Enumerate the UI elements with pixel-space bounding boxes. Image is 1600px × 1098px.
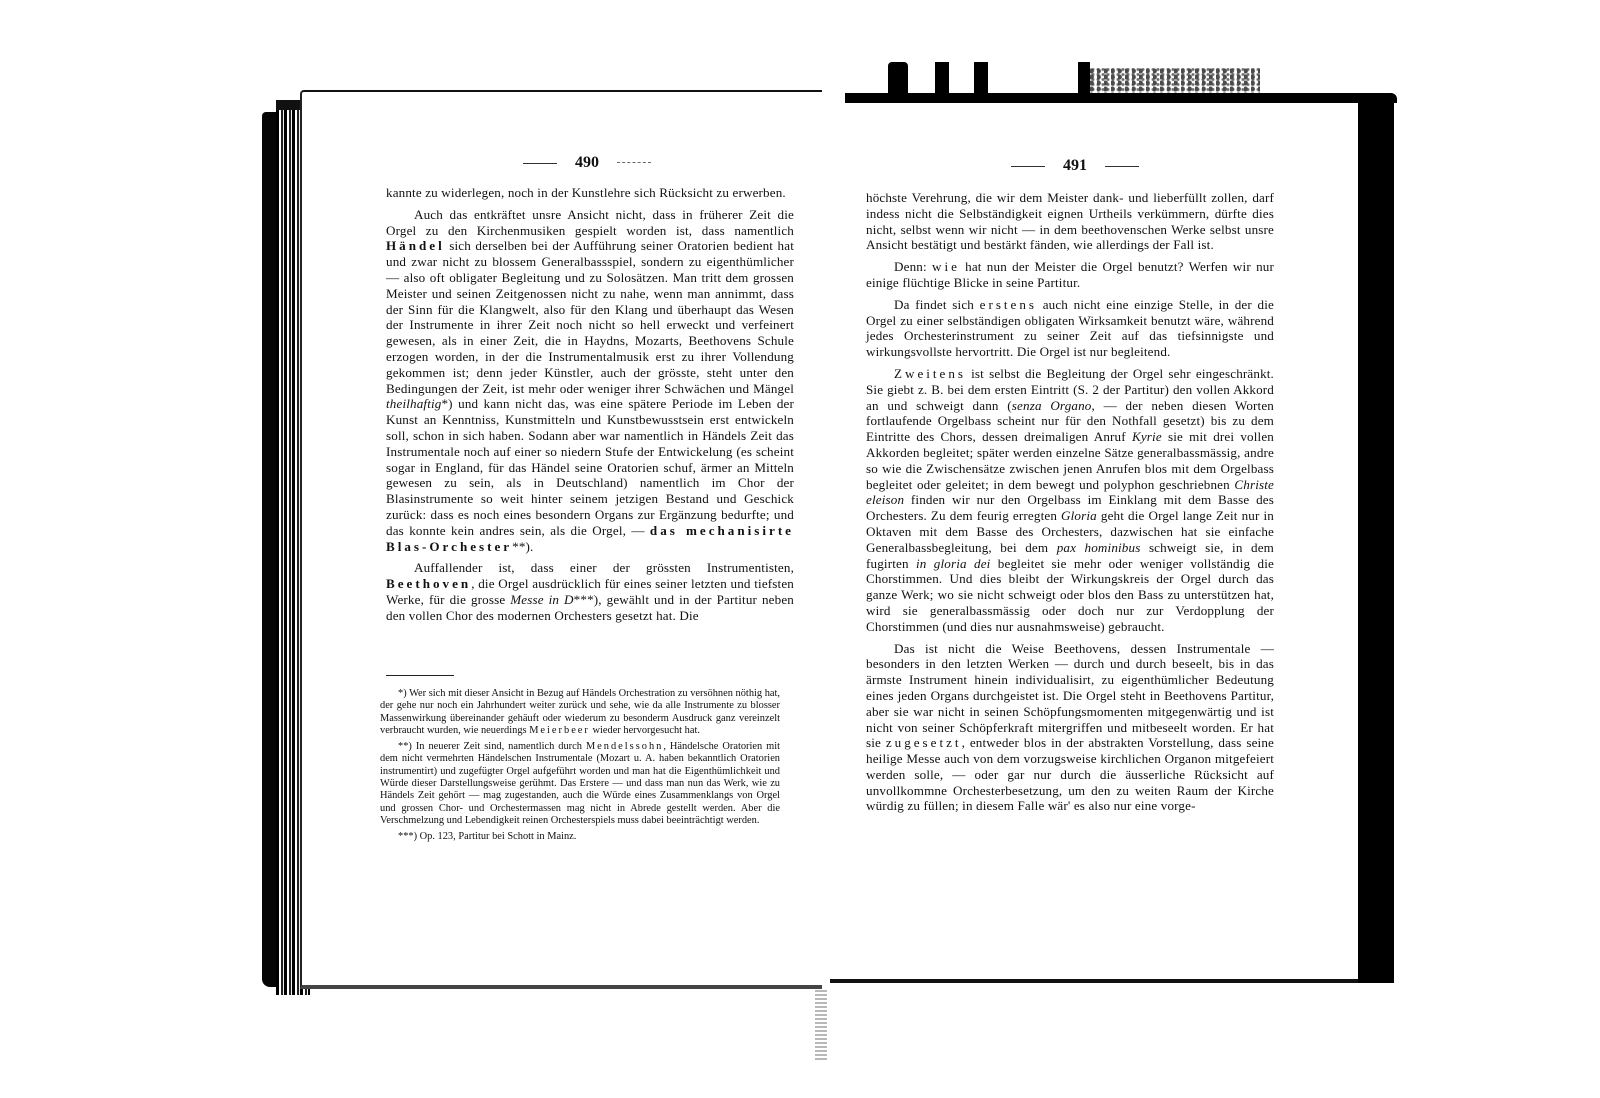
spine-shadow (815, 990, 827, 1060)
paragraph: Auch das entkräftet unsre Ansicht nicht,… (386, 207, 794, 555)
right-page-header: 491 (1011, 157, 1139, 175)
spaced-name: Mendelssohn (586, 741, 663, 752)
italic-term: in gloria dei (916, 556, 990, 571)
footnotes: *) Wer sich mit dieser Ansicht in Bezug … (380, 688, 780, 848)
left-page-body: kannte zu widerlegen, noch in der Kunstl… (386, 185, 794, 630)
left-page-header: 490 (523, 154, 651, 172)
spaced-name: Händel (386, 238, 445, 253)
header-rule (617, 162, 651, 164)
italic-term: senza Organo (1012, 398, 1092, 413)
book-cover-right (1358, 93, 1394, 983)
paragraph: Das ist nicht die Weise Beethovens, dess… (866, 641, 1274, 815)
footnote: ***) Op. 123, Partitur bei Schott in Mai… (380, 831, 780, 843)
paragraph: Zweitens ist selbst die Begleitung der O… (866, 366, 1274, 635)
header-rule (1105, 166, 1139, 167)
right-page-body: höchste Verehrung, die wir dem Meister d… (866, 190, 1274, 820)
book-cover-top-edge (845, 93, 1397, 103)
spaced-emphasis: zugesetzt (886, 735, 962, 750)
spaced-emphasis: erstens (980, 297, 1037, 312)
italic-term: Kyrie (1132, 429, 1162, 444)
italic-term: Gloria (1061, 508, 1097, 523)
paragraph: Auffallender ist, dass einer der grösste… (386, 560, 794, 623)
paragraph: Denn: wie hat nun der Meister die Orgel … (866, 259, 1274, 291)
header-rule (1011, 166, 1045, 167)
spaced-emphasis: Zweitens (894, 366, 966, 381)
spaced-emphasis: wie (932, 259, 960, 274)
paragraph: höchste Verehrung, die wir dem Meister d… (866, 190, 1274, 253)
footnote: **) In neuerer Zeit sind, namentlich dur… (380, 741, 780, 827)
spaced-name: Meierbeer (529, 725, 590, 736)
footnote-separator (386, 675, 454, 676)
page-number: 490 (575, 154, 599, 172)
page-number: 491 (1063, 157, 1087, 175)
italic-term: Messe in D (510, 592, 573, 607)
paragraph: Da findet sich erstens auch nicht eine e… (866, 297, 1274, 360)
header-rule (523, 163, 557, 164)
paragraph: kannte zu widerlegen, noch in der Kunstl… (386, 185, 794, 201)
italic-term: theilhaftig (386, 396, 441, 411)
spaced-name: Beethoven (386, 576, 471, 591)
footnote: *) Wer sich mit dieser Ansicht in Bezug … (380, 688, 780, 737)
italic-term: pax hominibus (1057, 540, 1141, 555)
